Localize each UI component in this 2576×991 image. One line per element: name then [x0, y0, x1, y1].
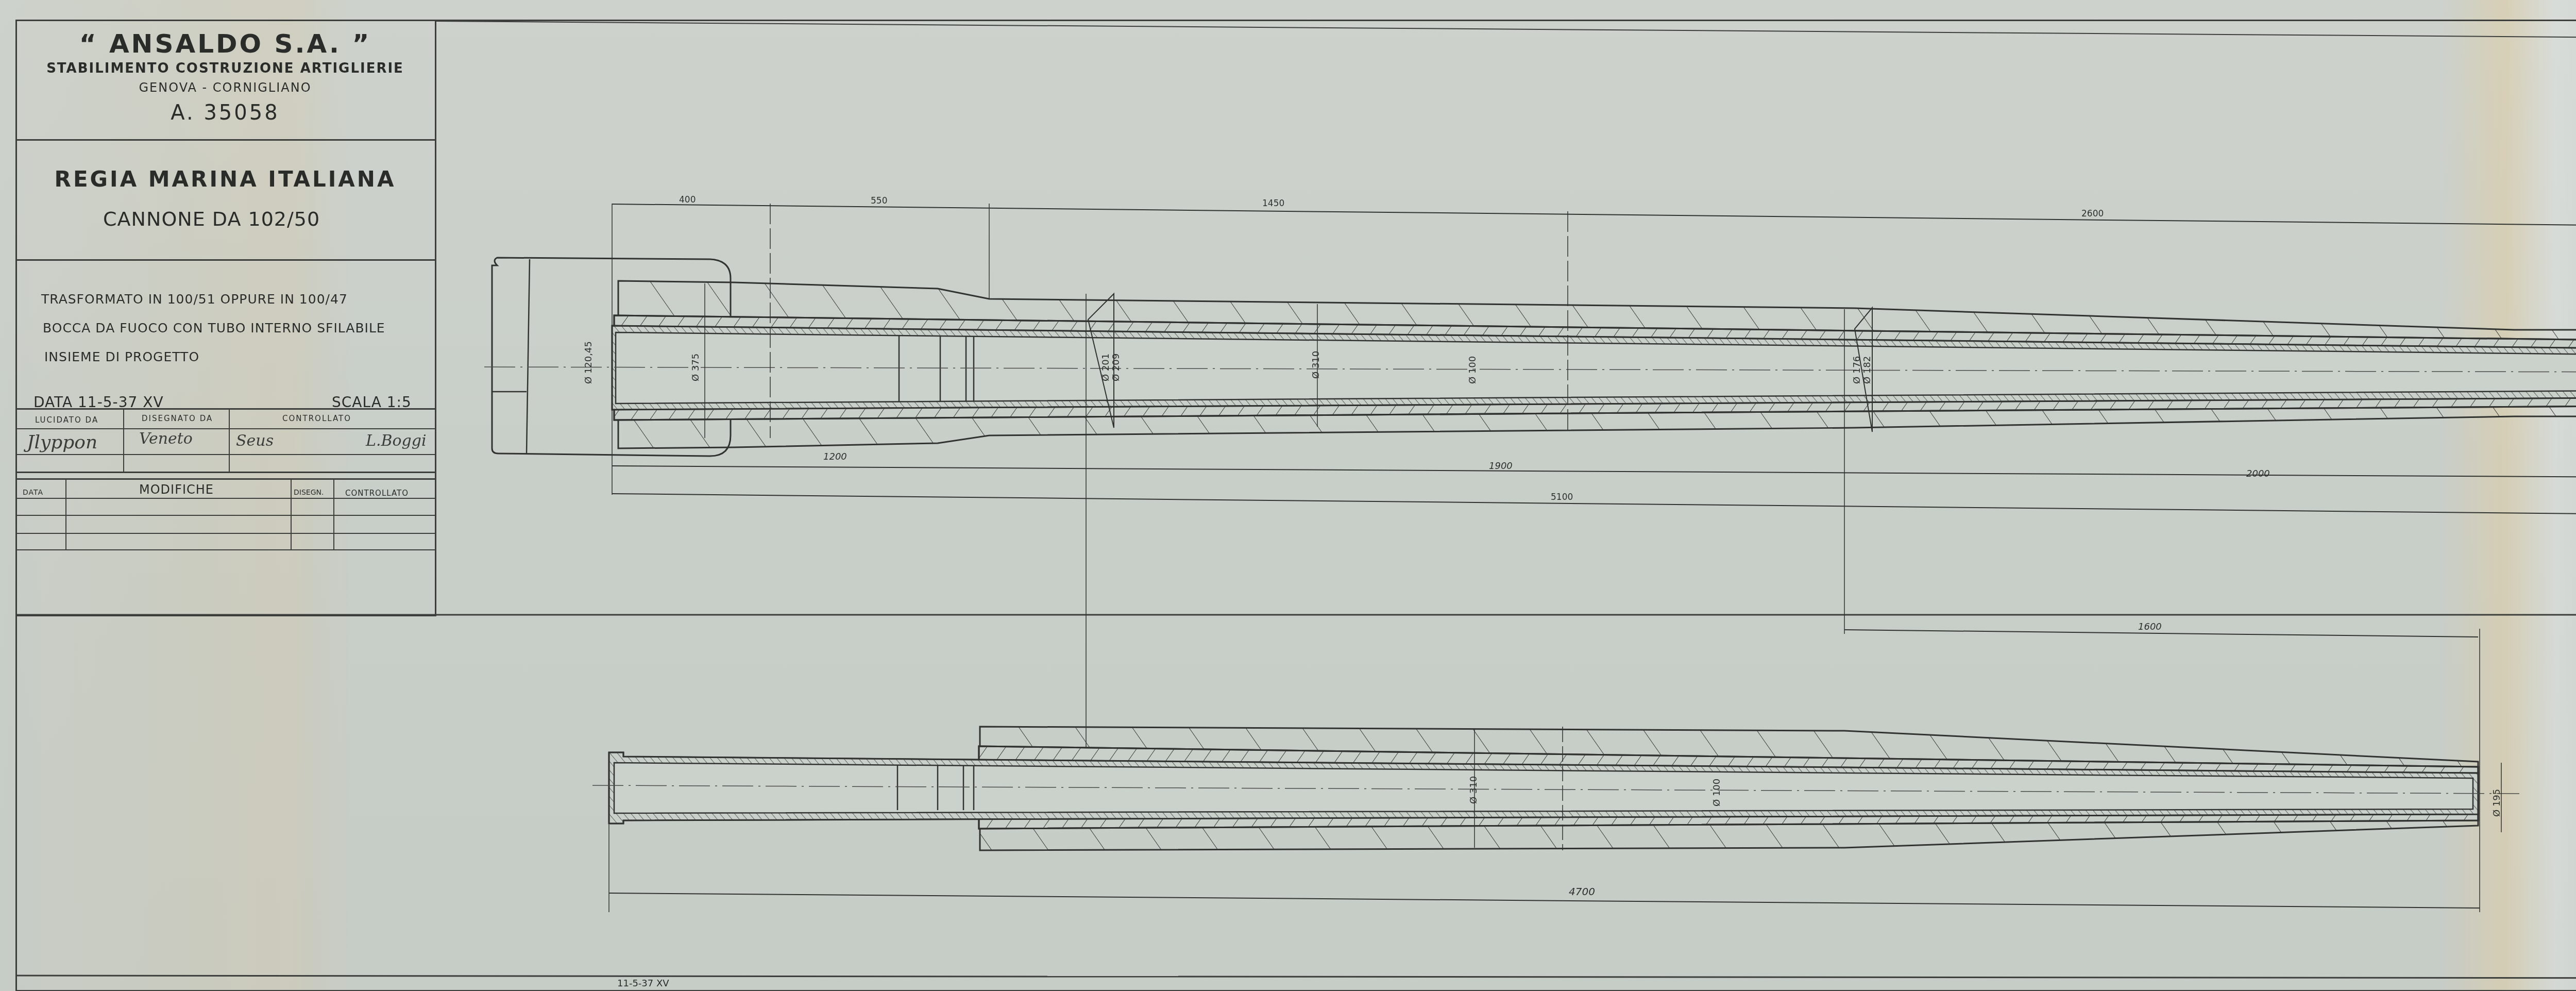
- lower-exploded-view: 1600 4700 Ø 310 Ø 100 Ø 195: [592, 622, 2519, 912]
- dim-1200: 1200: [823, 451, 847, 462]
- dim-1600: 1600: [2138, 622, 2162, 632]
- diameter-201: Ø 201: [1100, 354, 1111, 381]
- dim-1450: 1450: [1262, 198, 1284, 209]
- dim-2000: 2000: [2246, 468, 2270, 479]
- dim-4700: 4700: [1569, 885, 1595, 898]
- diameter-182: Ø 182: [1862, 356, 1873, 384]
- diameter-100: Ø 100: [1467, 356, 1478, 384]
- diameter-375: Ø 375: [690, 354, 701, 381]
- bottom-dimension-line: [612, 466, 2576, 477]
- lower-diameter-100: Ø 100: [1711, 779, 1722, 807]
- diameter-310: Ø 310: [1311, 351, 1321, 379]
- footer-date: 11-5-37 XV: [617, 978, 669, 989]
- dim-2600: 2600: [2081, 209, 2104, 219]
- dim-400: 400: [679, 195, 696, 205]
- diameter-176: Ø 176: [1852, 356, 1862, 384]
- dim-1900: 1900: [1489, 461, 1513, 472]
- dim-550: 550: [871, 196, 887, 206]
- diameter-209: Ø 209: [1111, 354, 1122, 381]
- diameter-120-45: Ø 120,45: [583, 341, 594, 384]
- technical-drawing: 400 550 1450 2600 50 50 1200 1900 2000 5…: [0, 0, 2576, 991]
- upper-assembly-view: 400 550 1450 2600 50 50 1200 1900 2000 5…: [484, 195, 2576, 747]
- overall-dimension-line: [612, 494, 2576, 514]
- top-dimension-line: [612, 204, 2576, 226]
- lower-diameter-310: Ø 310: [1468, 776, 1479, 804]
- lower-diameter-195: Ø 195: [2492, 789, 2502, 817]
- dim-5100: 5100: [1551, 492, 1573, 502]
- dim-4700-line: [609, 893, 2480, 908]
